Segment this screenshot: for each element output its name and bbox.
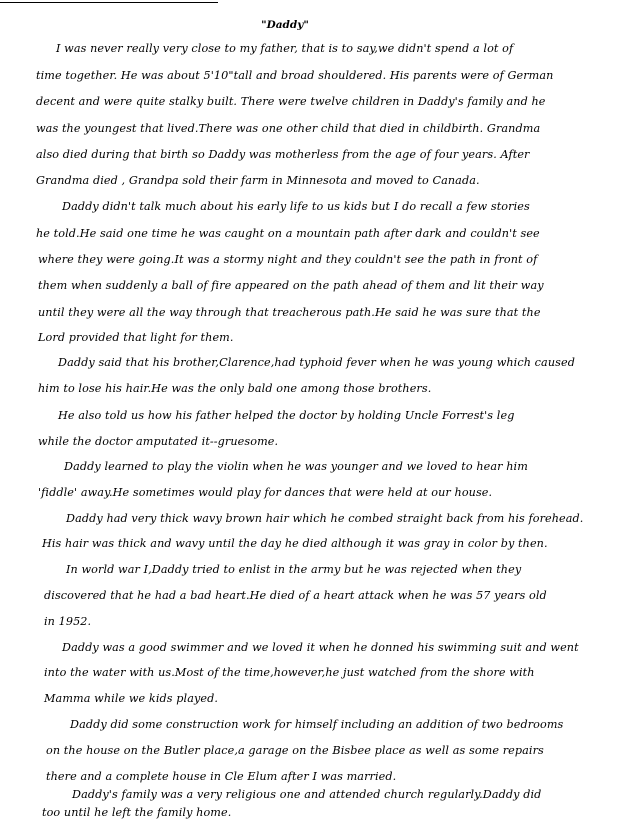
text-line: too until he left the family home. [42, 806, 231, 819]
text-line: Daddy said that his brother,Clarence,had… [58, 356, 575, 369]
text-line: Daddy's family was a very religious one … [72, 788, 541, 801]
text-line: He also told us how his father helped th… [58, 409, 514, 422]
text-line: time together. He was about 5'10"tall an… [36, 69, 553, 82]
text-line: Grandma died , Grandpa sold their farm i… [36, 174, 480, 187]
document-title: "Daddy" [0, 19, 570, 31]
text-line: Daddy learned to play the violin when he… [64, 460, 528, 473]
text-line: His hair was thick and wavy until the da… [42, 537, 548, 550]
text-line: where they were going.It was a stormy ni… [38, 253, 537, 266]
text-line: while the doctor amputated it--gruesome. [38, 435, 278, 448]
text-line: was the youngest that lived.There was on… [36, 122, 540, 135]
text-line: discovered that he had a bad heart.He di… [44, 589, 547, 602]
text-line: Daddy was a good swimmer and we loved it… [62, 641, 579, 654]
text-line: Lord provided that light for them. [38, 331, 234, 344]
text-line: In world war I,Daddy tried to enlist in … [66, 563, 521, 576]
text-line: them when suddenly a ball of fire appear… [38, 279, 544, 292]
text-line: in 1952. [44, 615, 91, 628]
text-line: there and a complete house in Cle Elum a… [46, 770, 396, 783]
text-line: Daddy had very thick wavy brown hair whi… [66, 512, 583, 525]
text-line: on the house on the Butler place,a garag… [46, 744, 544, 757]
text-line: Daddy didn't talk much about his early l… [62, 200, 530, 213]
text-line: 'fiddle' away.He sometimes would play fo… [38, 486, 492, 499]
top-rule-divider [0, 2, 218, 3]
text-line: I was never really very close to my fath… [56, 42, 513, 55]
text-line: into the water with us.Most of the time,… [44, 666, 535, 679]
text-line: also died during that birth so Daddy was… [36, 148, 530, 161]
text-line: him to lose his hair.He was the only bal… [38, 382, 431, 395]
text-line: Daddy did some construction work for him… [70, 718, 563, 731]
text-line: decent and were quite stalky built. Ther… [36, 95, 546, 108]
text-line: Mamma while we kids played. [44, 692, 218, 705]
text-line: he told.He said one time he was caught o… [36, 227, 540, 240]
text-line: until they were all the way through that… [38, 306, 541, 319]
